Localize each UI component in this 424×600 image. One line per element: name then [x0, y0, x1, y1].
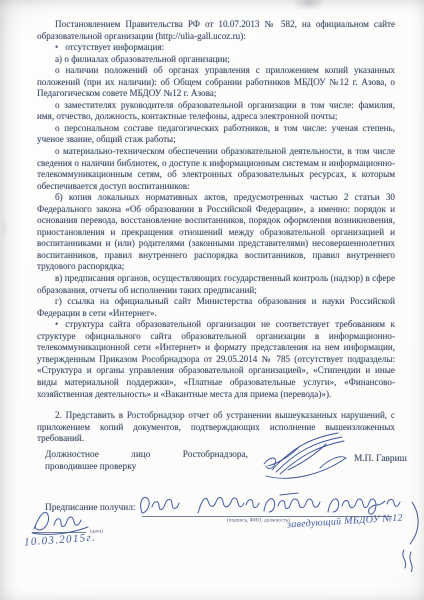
official-role-line1: Должностное лицо Ростобрнадзора, — [45, 449, 248, 461]
bullet-paragraph: •отсутствует информация: — [37, 42, 395, 54]
bullet-paragraph: •структура сайта образовательной организ… — [37, 319, 395, 400]
paragraph: б) копия локальных нормативных актов, пр… — [37, 192, 395, 273]
official-signature-scribble — [258, 426, 353, 480]
official-name: М.П. Гавриш — [354, 454, 407, 464]
bullet-icon: • — [55, 42, 58, 52]
official-role-block: Должностное лицо Ростобрнадзора, проводи… — [45, 449, 248, 474]
paragraph: о персональном составе педагогических ра… — [37, 123, 395, 146]
scan-smudge — [1, 214, 7, 242]
paragraph: в) предписания органов, осуществляющих г… — [37, 273, 395, 296]
paragraph: о материально-техническом обеспечении об… — [37, 146, 395, 192]
paragraph: о наличии положений об органах управлени… — [37, 65, 395, 100]
paragraph: о заместителях руководителя образователь… — [37, 100, 395, 123]
paragraph: а) о филиалах образовательной организаци… — [37, 54, 395, 66]
paragraph: Постановлением Правительства РФ от 10.07… — [37, 19, 395, 42]
bullet-text: структура сайта образовательной организа… — [37, 319, 395, 398]
scanned-document-page: Постановлением Правительства РФ от 10.07… — [0, 0, 424, 600]
scan-smudge — [292, 0, 326, 10]
handwriting-flourish — [398, 498, 424, 572]
official-role-line2: проводившее проверку — [45, 461, 248, 473]
bullet-icon: • — [55, 319, 58, 329]
bullet-text: отсутствует информация: — [65, 42, 164, 52]
paragraph: г) ссылка на официальный сайт Министерст… — [37, 296, 395, 319]
document-body: Постановлением Правительства РФ от 10.07… — [37, 19, 395, 445]
